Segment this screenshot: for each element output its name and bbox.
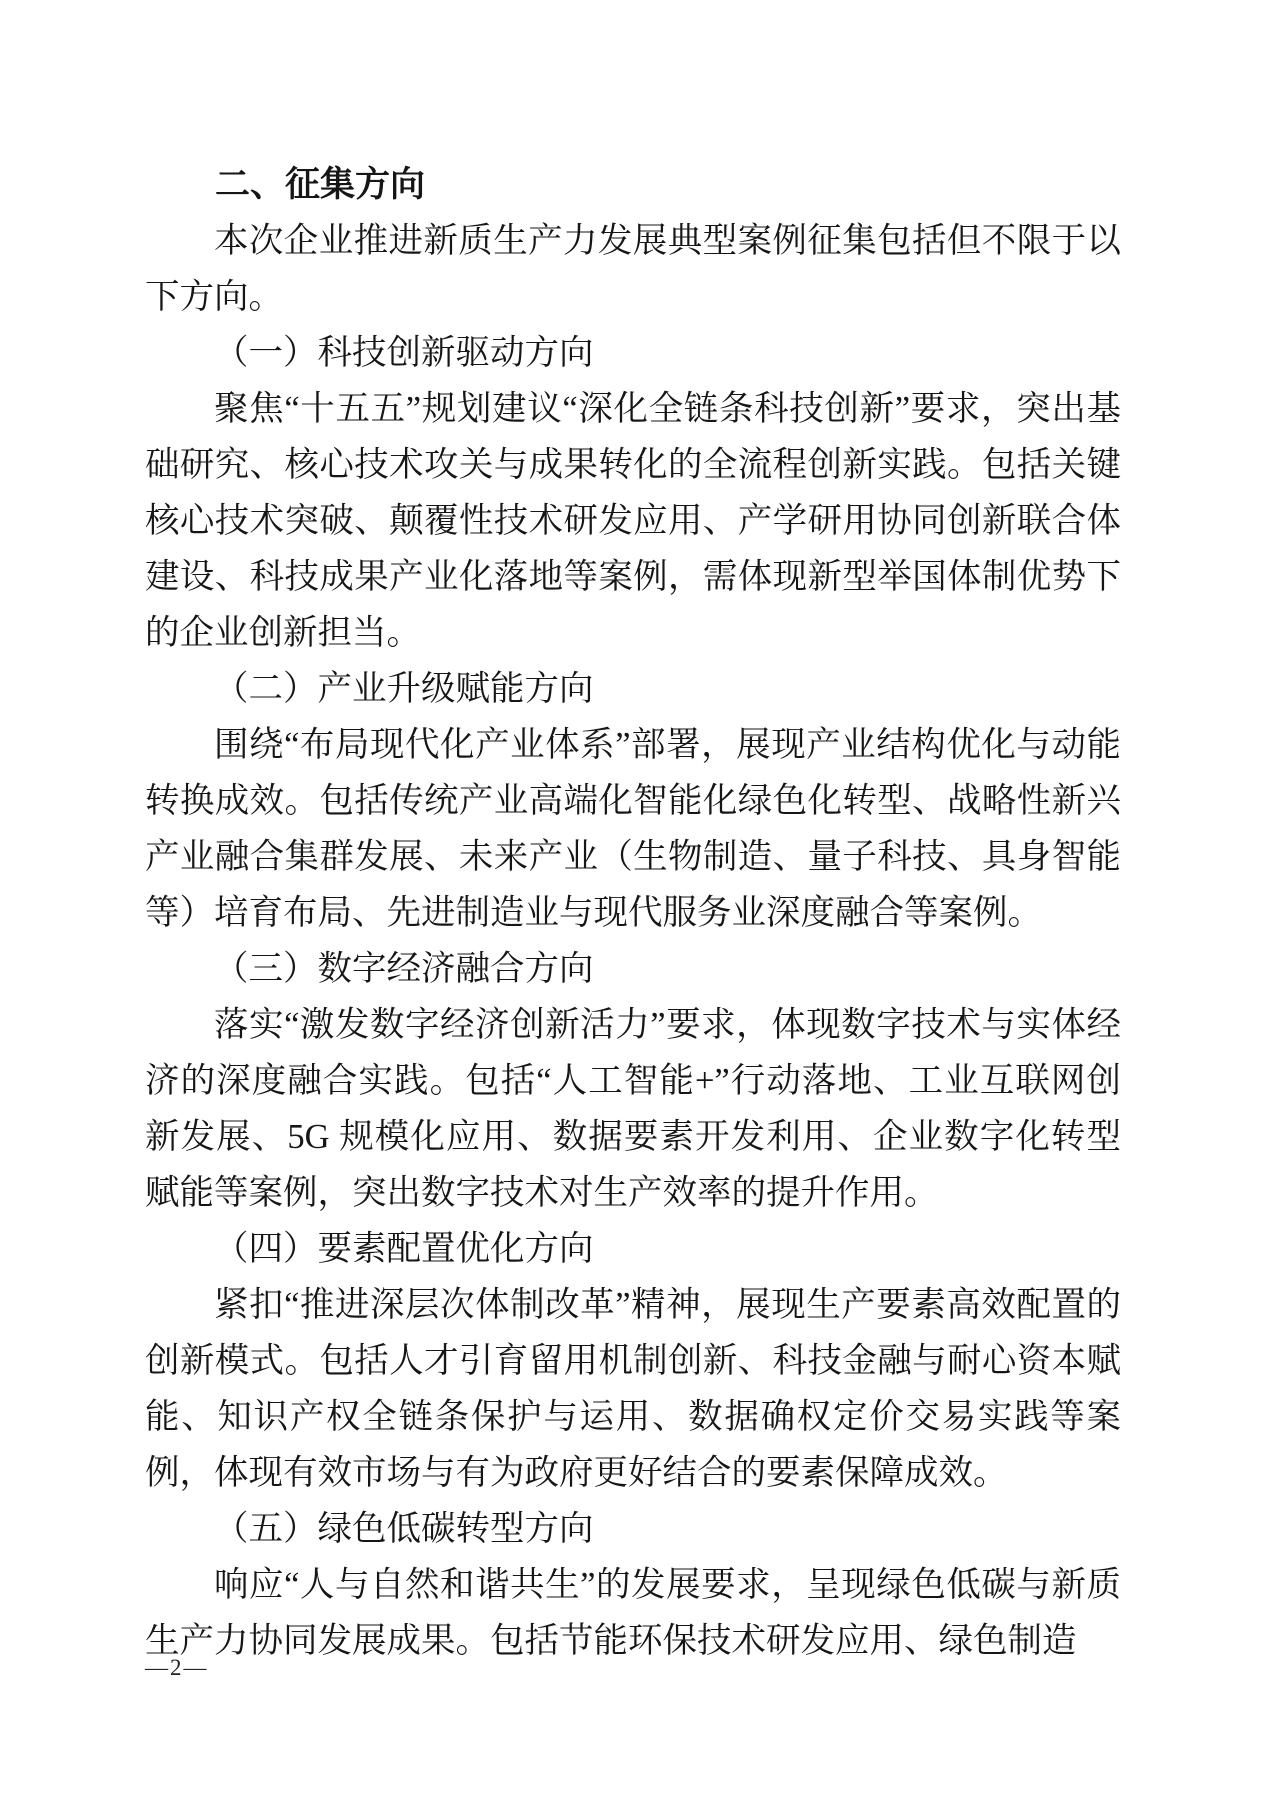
page-number: —2— — [145, 1652, 209, 1684]
body-paragraph: 围绕“布局现代化产业体系”部署，展现产业结构优化与动能转换成效。包括传统产业高端… — [145, 717, 1121, 941]
body-paragraph: 聚焦“十五五”规划建议“深化全链条科技创新”要求，突出基础研究、核心技术攻关与成… — [145, 381, 1121, 661]
paragraphs: 本次企业推进新质生产力发展典型案例征集包括但不限于以下方向。（一）科技创新驱动方… — [145, 213, 1121, 1669]
subsection-heading: （一）科技创新驱动方向 — [145, 325, 1121, 381]
subsection-heading: （二）产业升级赋能方向 — [145, 661, 1121, 717]
body-paragraph: 落实“激发数字经济创新活力”要求，体现数字技术与实体经济的深度融合实践。包括“人… — [145, 997, 1121, 1221]
body-paragraph: 本次企业推进新质生产力发展典型案例征集包括但不限于以下方向。 — [145, 213, 1121, 325]
section-heading: 二、征集方向 — [145, 157, 1121, 213]
document-page: { "page": { "heading": "二、征集方向", "page_n… — [0, 0, 1280, 1810]
subsection-heading: （四）要素配置优化方向 — [145, 1221, 1121, 1277]
text-block: 二、征集方向 本次企业推进新质生产力发展典型案例征集包括但不限于以下方向。（一）… — [145, 157, 1121, 1669]
body-paragraph: 响应“人与自然和谐共生”的发展要求，呈现绿色低碳与新质生产力协同发展成果。包括节… — [145, 1557, 1121, 1669]
subsection-heading: （五）绿色低碳转型方向 — [145, 1501, 1121, 1557]
body-paragraph: 紧扣“推进深层次体制改革”精神，展现生产要素高效配置的创新模式。包括人才引育留用… — [145, 1277, 1121, 1501]
subsection-heading: （三）数字经济融合方向 — [145, 941, 1121, 997]
